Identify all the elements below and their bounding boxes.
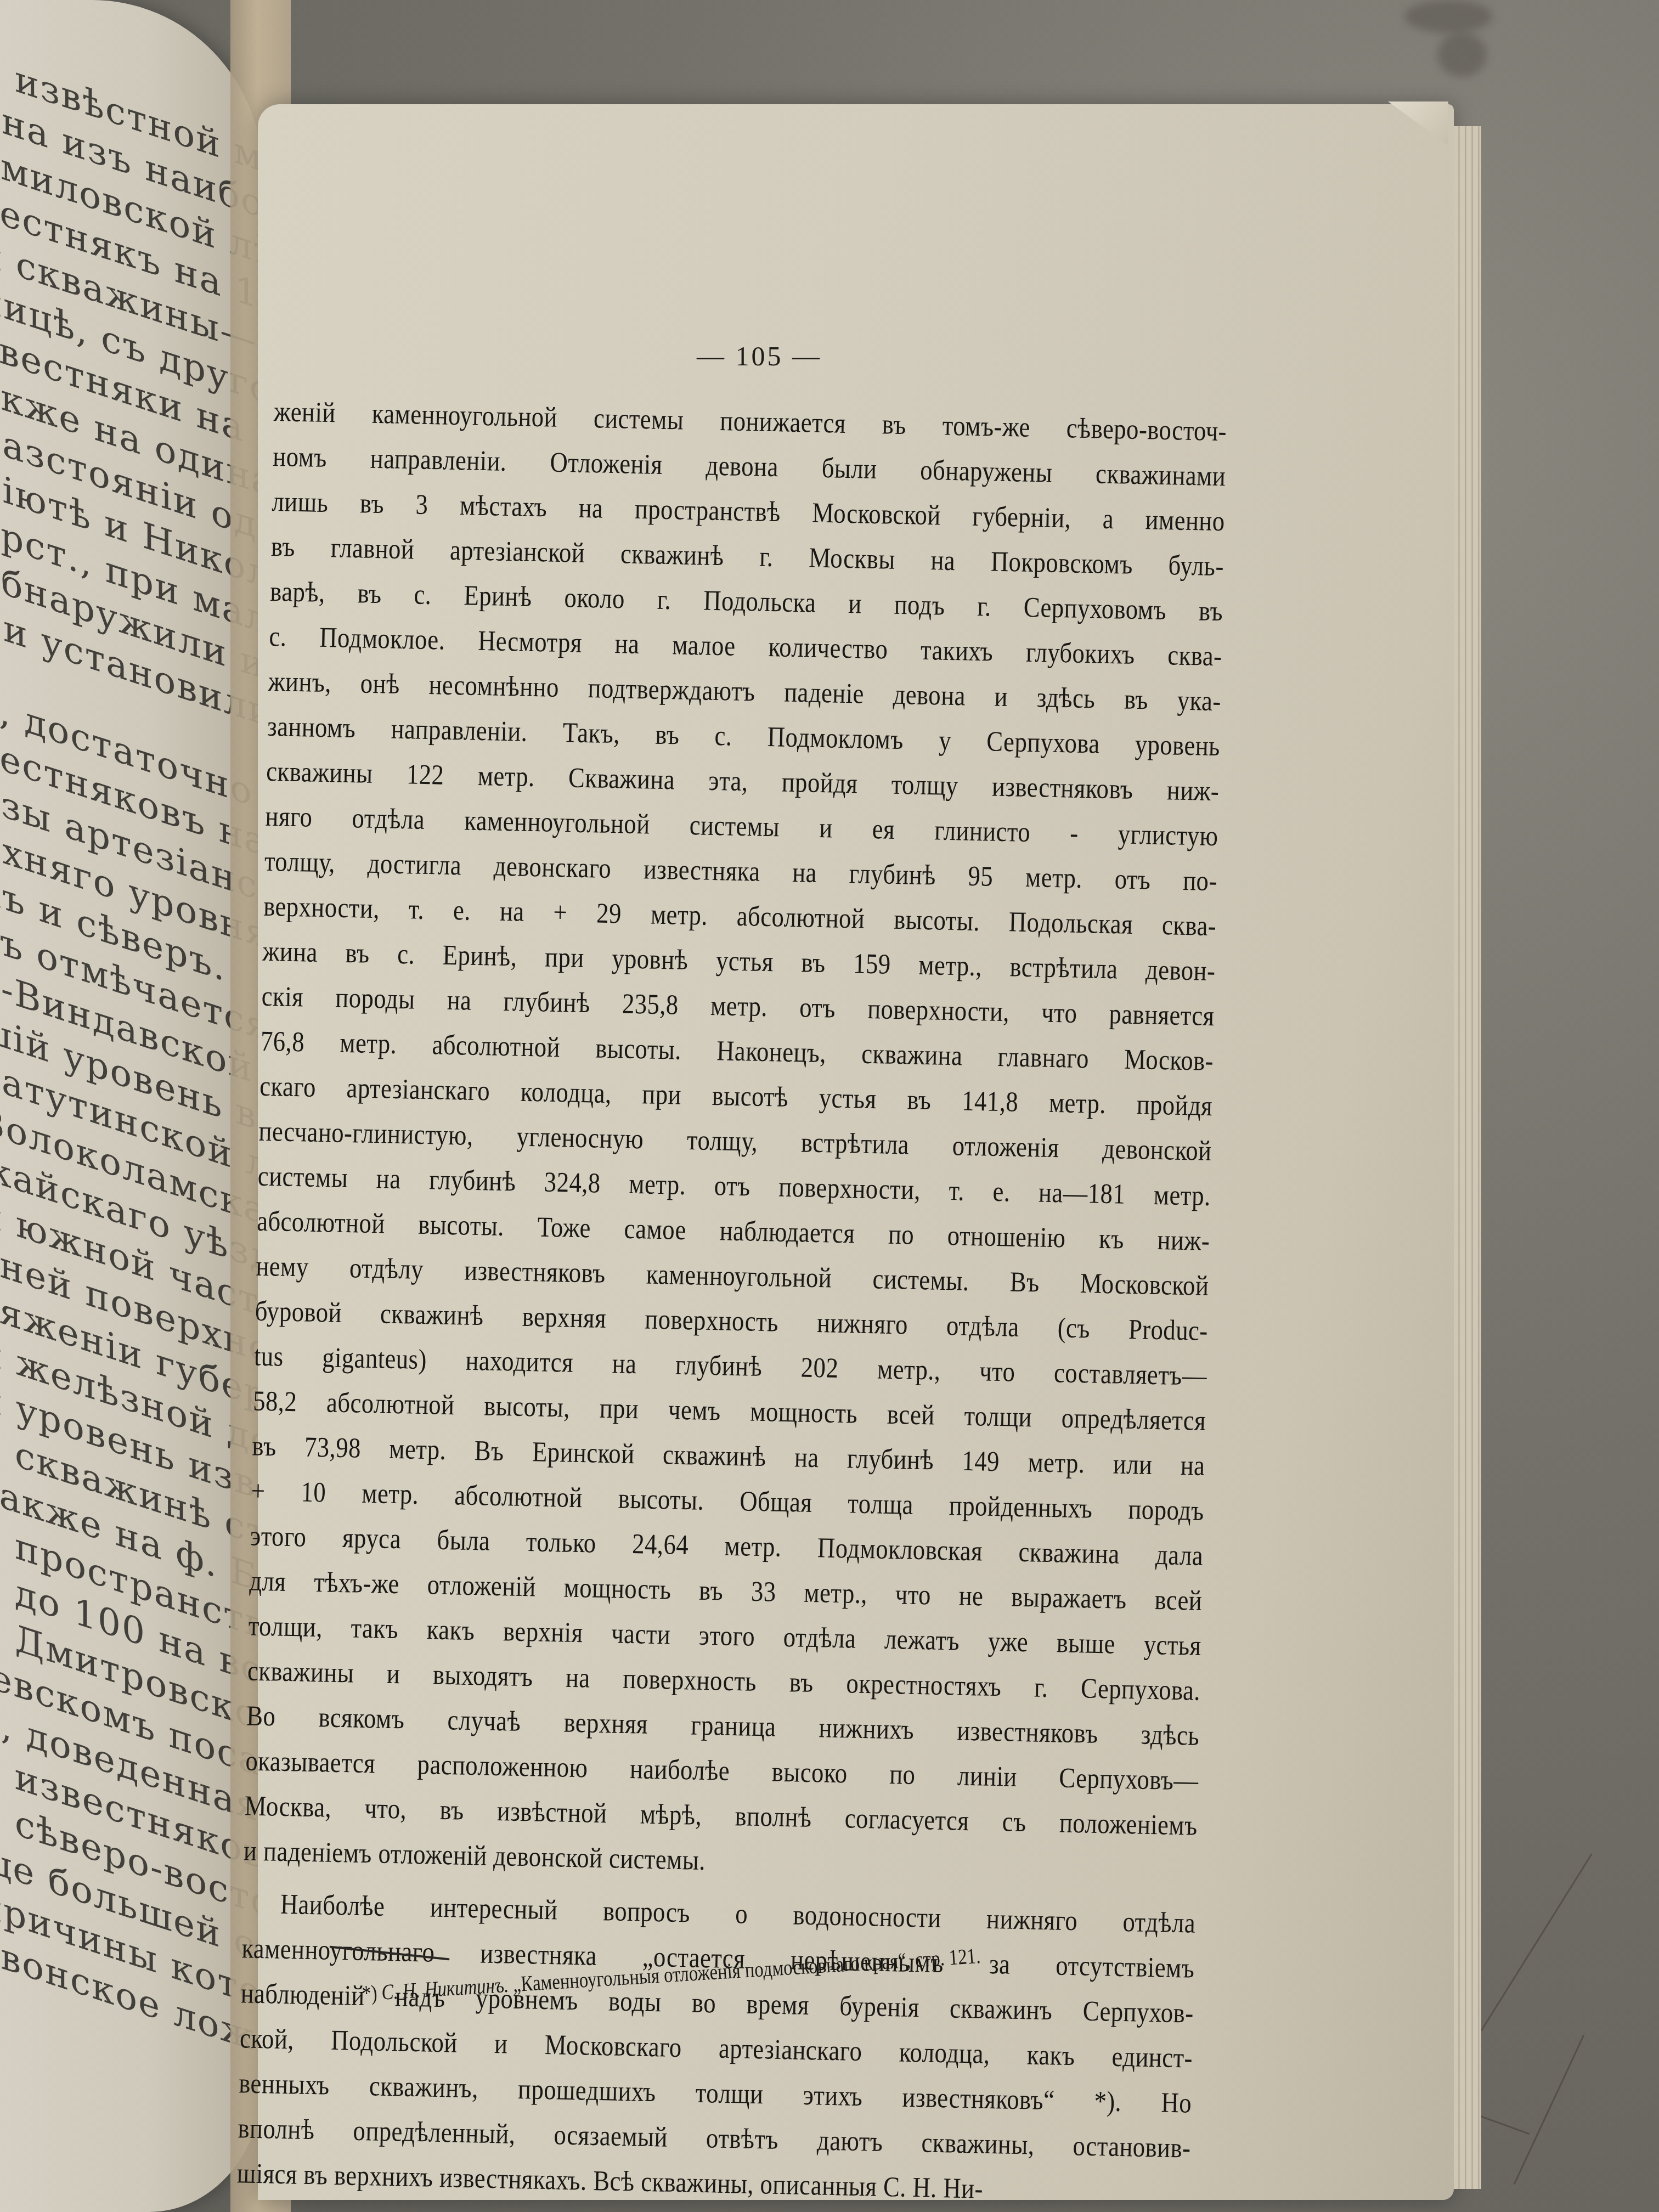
table-stain [1404,0,1492,33]
table-crack [1514,2035,1585,2185]
left-page-text: ъ извѣстной мѣрѣ, и свѣддна изъ наиболѣе… [0,44,263,2072]
footnote-marker: *) [362,1980,378,2006]
paragraph-1: женій каменноугольной системы понижается… [243,390,1228,1894]
page-edges [1454,126,1481,2189]
right-page: — 105 — женій каменноугольной системы по… [258,104,1454,2200]
book-photo: ъ извѣстной мѣрѣ, и свѣддна изъ наиболѣе… [0,0,1659,2212]
paragraph-2: Наиболѣе интересный вопросъ о водоноснос… [236,1881,1198,2212]
table-stain [1437,33,1487,77]
footnote-page-ref: стр. 121. [914,1943,981,1972]
page-number: — 105 — [697,340,822,372]
table-crack [1481,1853,1593,2031]
left-page: ъ извѣстной мѣрѣ, и свѣддна изъ наиболѣе… [0,0,263,2212]
folded-corner [1388,101,1448,145]
body-text: женій каменноугольной системы понижается… [236,390,1229,2212]
